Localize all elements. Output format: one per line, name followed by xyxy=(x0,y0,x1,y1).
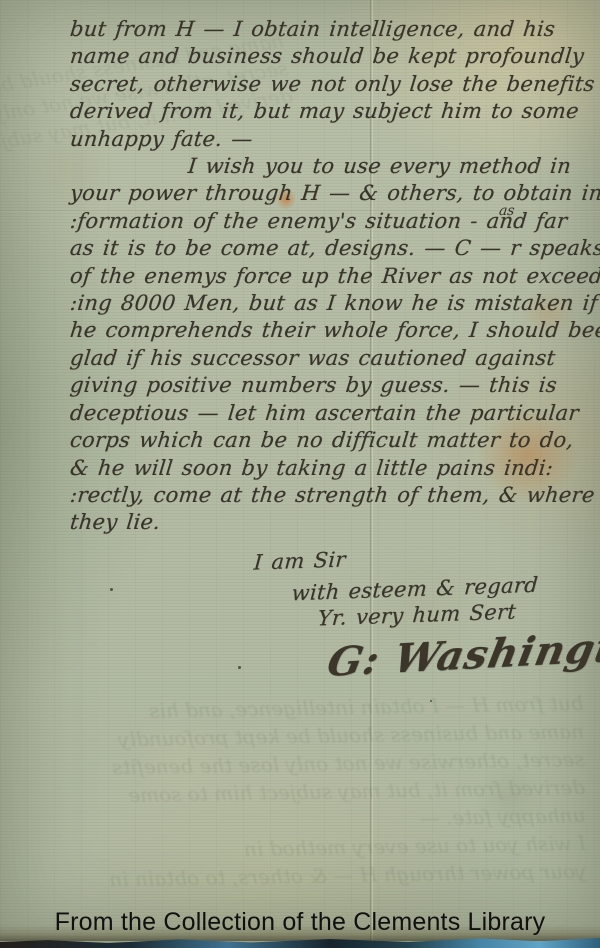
manuscript-line: derived from it, but may subject him to … xyxy=(69,98,578,125)
manuscript-line: he comprehends their whole force, I shou… xyxy=(69,317,578,344)
show-through-line: name and business should be kept profoun… xyxy=(9,717,584,755)
manuscript-line: deceptious — let him ascertain the parti… xyxy=(69,400,578,427)
ink-speck xyxy=(110,588,113,591)
superscript-insertion: as xyxy=(498,203,515,219)
manuscript-line: but from H — I obtain intelligence, and … xyxy=(69,16,578,43)
show-through-line: unhappy fate. — xyxy=(10,801,585,839)
show-through-line: secret, otherwise we not only lose the b… xyxy=(9,745,584,783)
photo-caption: From the Collection of the Clements Libr… xyxy=(0,908,600,937)
manuscript-line: of the enemys force up the River as not … xyxy=(69,263,578,290)
manuscript-line: secret, otherwise we not only lose the b… xyxy=(69,71,578,98)
letter-body: but from H — I obtain intelligence, and … xyxy=(70,16,576,537)
manuscript-line: & he will soon by taking a little pains … xyxy=(69,455,578,482)
show-through-writing: but from H — I obtain intelligence, and … xyxy=(8,689,586,895)
closing-line: I am Sir xyxy=(253,547,347,574)
show-through-line: I wish you to use every method in xyxy=(11,829,586,867)
manuscript-line: unhappy fate. — xyxy=(69,126,578,153)
manuscript-line: giving positive numbers by guess. — this… xyxy=(69,372,578,399)
manuscript-line: :ing 8000 Men, but as I know he is mista… xyxy=(69,290,578,317)
show-through-line: but from H — I obtain intelligence, and … xyxy=(8,689,583,727)
manuscript-line: glad if his successor was cautioned agai… xyxy=(69,345,578,372)
signature: G: Washington xyxy=(323,621,600,686)
manuscript-line: corps which can be no difficult matter t… xyxy=(69,427,578,454)
ink-speck xyxy=(238,666,241,669)
manuscript-photo: name and business should be kept profoun… xyxy=(0,0,600,948)
show-through-line: your power through H — & others, to obta… xyxy=(11,857,586,895)
manuscript-line: name and business should be kept profoun… xyxy=(69,43,578,70)
manuscript-line: they lie. xyxy=(69,509,578,536)
show-through-line: derived from it, but may subject him to … xyxy=(10,773,585,811)
manuscript-line: I wish you to use every method in xyxy=(69,153,578,180)
manuscript-line: :rectly, come at the strength of them, &… xyxy=(69,482,578,509)
manuscript-line: as it is to be come at, designs. — C — r… xyxy=(69,235,578,262)
photo-backdrop-strip xyxy=(0,937,600,948)
closing-line: Yr. very hum Sert xyxy=(317,600,517,631)
ink-speck xyxy=(430,700,432,702)
